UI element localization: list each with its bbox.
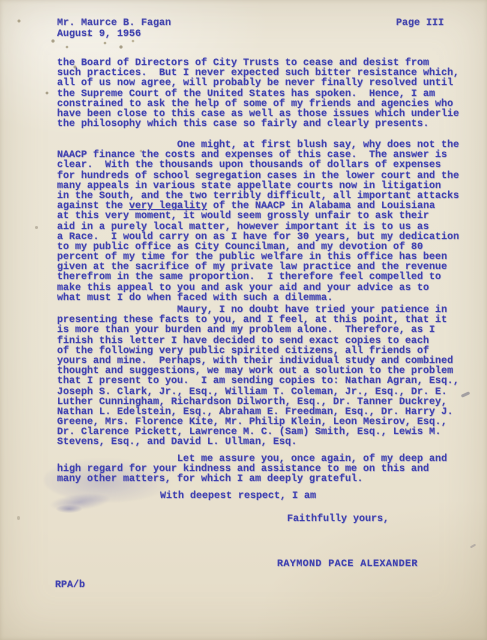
closing-respect-line: With deepest respect, I am [160,492,316,502]
letter-line: Stevens, Esq., and David L. Ullman, Esq. [57,438,459,448]
dust-speck [17,516,20,520]
letter-line: what must I do when faced with such a di… [57,294,459,304]
dust-speck [35,226,38,229]
letter-line: that I present to you. I am sending copi… [57,377,459,387]
paragraph-1: the Board of Directors of City Trusts to… [57,59,459,130]
valediction: Faithfully yours, [287,515,389,525]
paragraph-2: One might, at first blush say, why does … [57,141,459,304]
paragraph-4: Let me assure you, once again, of my dee… [57,455,447,486]
ink-smudge [56,505,82,513]
typist-initials: RPA/b [55,581,85,591]
paper-speckles [0,0,2,2]
letter-header: Mr. Maurce B. Fagan Page III [57,19,444,29]
letter-line: many other matters, for which I am deepl… [57,475,447,485]
letter-page: Mr. Maurce B. Fagan Page III August 9, 1… [0,0,487,640]
pen-mark [461,391,470,397]
page-number: Page III [396,19,444,29]
recipient-name: Mr. Maurce B. Fagan [57,19,171,29]
letter-line: the philosophy which this case so fairly… [57,120,459,130]
pen-mark [470,544,476,549]
signature-name: RAYMOND PACE ALEXANDER [277,560,418,570]
paragraph-3: Maury, I no doubt have tried your patien… [57,306,459,449]
letter-date: August 9, 1956 [57,30,141,40]
letter-line: at this very moment, it would seem gross… [57,212,459,222]
